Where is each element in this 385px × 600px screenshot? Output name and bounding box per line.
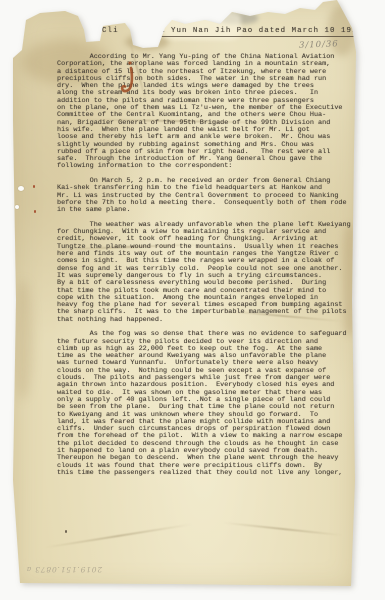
- typed-line: in the same plane.: [57, 207, 351, 214]
- paper-sheet: Cli X Yun Nan Jih Pao dated March 10 192…: [13, 0, 359, 592]
- scanned-document-page: Cli X Yun Nan Jih Pao dated March 10 192…: [0, 0, 385, 600]
- red-speck: [34, 210, 36, 213]
- crease-line: [223, 522, 342, 536]
- stain-gray-smudge: [218, 12, 258, 24]
- red-ink-mark: [109, 58, 145, 102]
- header-title: X Yun Nan Jih Pao dated March 10 192: [160, 27, 357, 37]
- paragraph: The weather was already unfavorable when…: [57, 222, 351, 324]
- typed-body: According to Mr. Yang Yu-ping of the Chi…: [57, 54, 351, 485]
- paragraph: According to Mr. Yang Yu-ping of the Chi…: [57, 54, 351, 171]
- paragraph: As the fog was so dense that there was n…: [57, 331, 351, 477]
- catalog-number-annotation: 2019.151.0873 a: [20, 565, 108, 574]
- paper-chip: [18, 186, 24, 191]
- dark-fleck: [65, 530, 67, 533]
- red-speck: [33, 185, 35, 188]
- crease-line: [44, 523, 192, 548]
- paragraph: On March 5, 2 p.m. he received an order …: [57, 178, 351, 214]
- header-fragment-left: Cli: [102, 27, 119, 35]
- typed-line: that nothing had happened.: [57, 317, 351, 324]
- typed-line: this time the passengers realized that t…: [57, 470, 351, 477]
- pencil-date-annotation: 3/10/36: [299, 39, 339, 50]
- typed-line: following information to the corresponde…: [57, 163, 351, 170]
- stain-left-mid: [13, 280, 33, 400]
- paper-chip: [15, 205, 19, 209]
- paper-shadow-wrap: Cli X Yun Nan Jih Pao dated March 10 192…: [13, 0, 359, 592]
